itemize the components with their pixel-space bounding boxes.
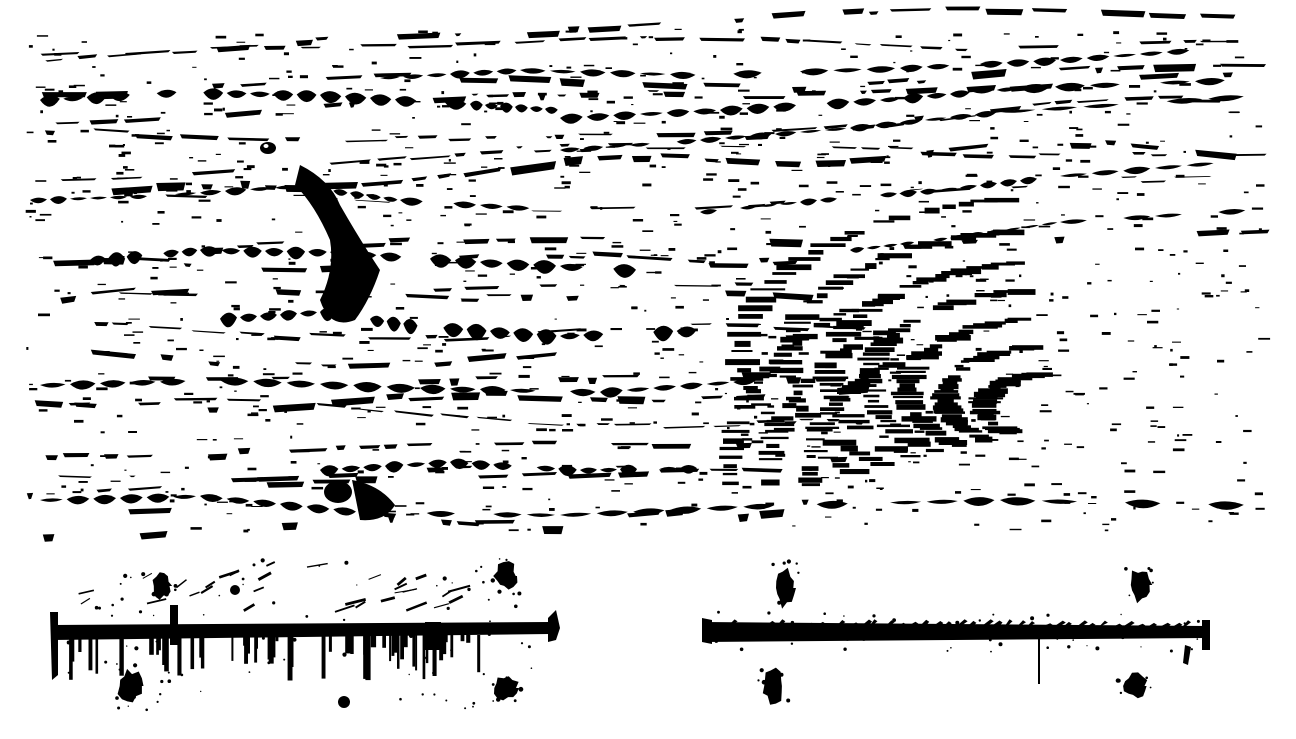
stencil-canvas: Wood grain plank with knots Rusty hinge … <box>0 0 1296 739</box>
